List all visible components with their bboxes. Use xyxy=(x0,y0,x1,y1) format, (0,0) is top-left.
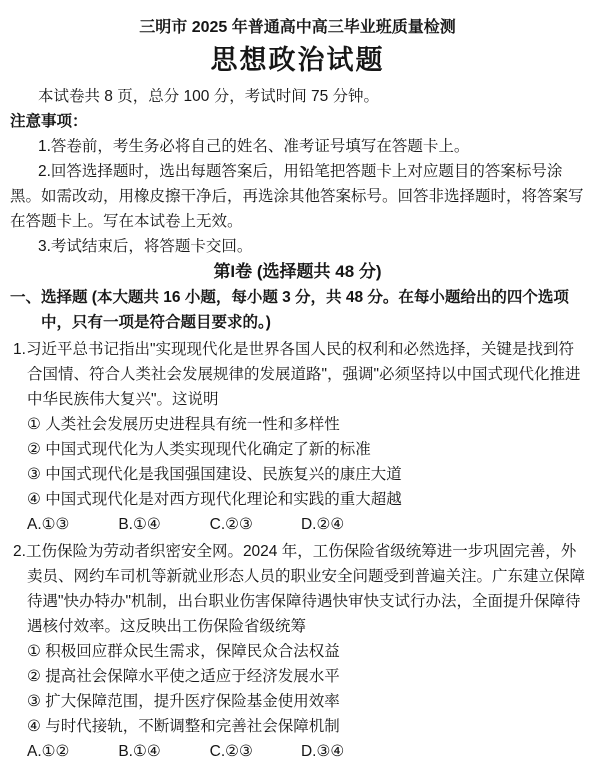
question-1-answer-a: A.①③ xyxy=(27,512,114,537)
question-2-option-1: ① 积极回应群众民生需求，保障民众合法权益 xyxy=(13,639,585,664)
note-item-3: 3.考试结束后，将答题卡交回。 xyxy=(10,234,585,259)
question-1-answer-b: B.①④ xyxy=(118,512,205,537)
question-1-number: 1. xyxy=(13,341,26,358)
exam-title: 思想政治试题 xyxy=(10,42,585,78)
exam-paper: 三明市 2025 年普通高中高三毕业班质量检测 思想政治试题 本试卷共 8 页，… xyxy=(0,0,595,778)
question-1-answers: A.①③ B.①④ C.②③ D.②④ xyxy=(13,512,585,537)
question-2-option-4: ④ 与时代接轨，不断调整和完善社会保障机制 xyxy=(13,714,585,739)
question-2-answer-b: B.①④ xyxy=(118,739,205,764)
question-1-option-1: ① 人类社会发展历史进程具有统一性和多样性 xyxy=(13,412,585,437)
question-2-option-2: ② 提高社会保障水平使之适应于经济发展水平 xyxy=(13,664,585,689)
question-2-answers: A.①② B.①④ C.②③ D.③④ xyxy=(13,739,585,764)
question-1: 1.习近平总书记指出"实现现代化是世界各国人民的权利和必然选择，关键是找到符合国… xyxy=(13,337,585,537)
section-instruction: 一、选择题 (本大题共 16 小题，每小题 3 分，共 48 分。在每小题给出的… xyxy=(10,285,585,335)
note-item-2: 2.回答选择题时，选出每题答案后，用铅笔把答题卡上对应题目的答案标号涂黑。如需改… xyxy=(10,159,585,234)
question-1-option-3: ③ 中国式现代化是我国强国建设、民族复兴的康庄大道 xyxy=(13,462,585,487)
question-2-answer-d: D.③④ xyxy=(301,739,388,764)
question-2-number: 2. xyxy=(13,543,26,560)
exam-info: 本试卷共 8 页，总分 100 分，考试时间 75 分钟。 xyxy=(10,84,585,109)
question-2: 2.工伤保险为劳动者织密安全网。2024 年，工伤保险省级统筹进一步巩固完善，外… xyxy=(13,539,585,764)
question-1-answer-c: C.②③ xyxy=(210,512,297,537)
question-1-option-2: ② 中国式现代化为人类实现现代化确定了新的标准 xyxy=(13,437,585,462)
question-2-stem: 2.工伤保险为劳动者织密安全网。2024 年，工伤保险省级统筹进一步巩固完善，外… xyxy=(13,539,585,639)
question-2-answer-c: C.②③ xyxy=(210,739,297,764)
question-1-stem: 1.习近平总书记指出"实现现代化是世界各国人民的权利和必然选择，关键是找到符合国… xyxy=(13,337,585,412)
question-2-stem-text: 工伤保险为劳动者织密安全网。2024 年，工伤保险省级统筹进一步巩固完善，外卖员… xyxy=(26,543,585,635)
exam-header: 三明市 2025 年普通高中高三毕业班质量检测 xyxy=(10,14,585,42)
question-1-option-4: ④ 中国式现代化是对西方现代化理论和实践的重大超越 xyxy=(13,487,585,512)
question-1-stem-text: 习近平总书记指出"实现现代化是世界各国人民的权利和必然选择，关键是找到符合国情、… xyxy=(26,341,581,408)
notes-heading: 注意事项： xyxy=(10,109,585,134)
question-2-option-3: ③ 扩大保障范围，提升医疗保险基金使用效率 xyxy=(13,689,585,714)
question-1-answer-d: D.②④ xyxy=(301,512,388,537)
question-2-answer-a: A.①② xyxy=(27,739,114,764)
note-item-1: 1.答卷前，考生务必将自己的姓名、准考证号填写在答题卡上。 xyxy=(10,134,585,159)
section-title: 第I卷 (选择题共 48 分) xyxy=(10,259,585,285)
